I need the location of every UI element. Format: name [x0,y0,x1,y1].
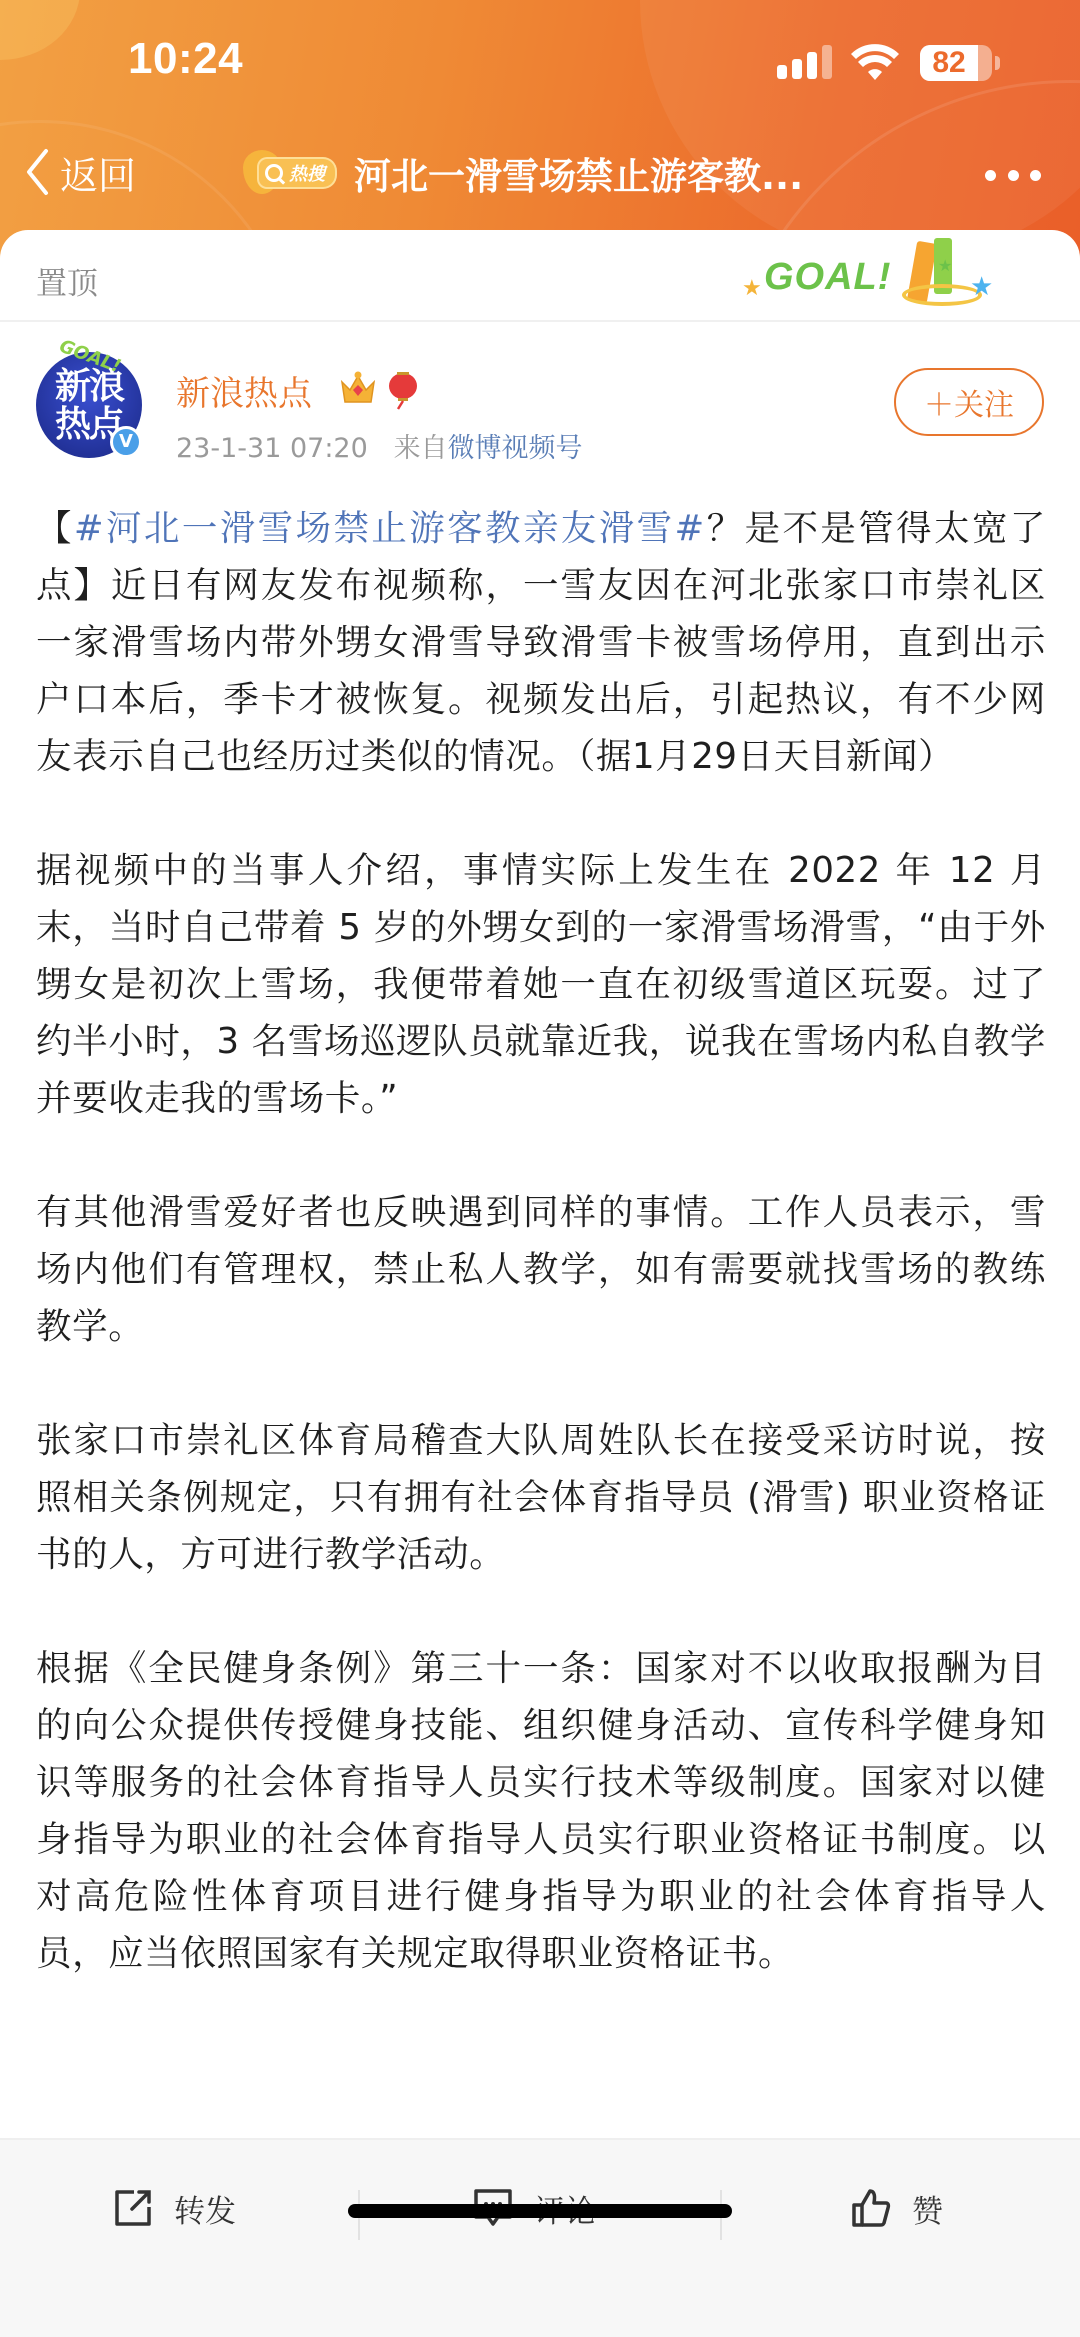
action-bar: 转发 评论 赞 [0,2138,1080,2337]
status-bar: 10:24 82 [0,0,1080,120]
verified-badge-icon: V [110,426,142,458]
thumbs-up-icon [850,2187,892,2229]
repost-button[interactable]: 转发 [112,2178,236,2238]
star-icon: ★ [970,272,993,302]
author-name[interactable]: 新浪热点 [176,366,312,415]
hot-search-label: 热搜 [289,160,325,186]
post-paragraph: 【#河北一滑雪场禁止游客教亲友滑雪#？是不是管得太宽了点】近日有网友发布视频称，… [36,500,1046,785]
crown-icon [338,370,378,406]
search-icon [265,164,283,182]
back-label: 返回 [60,145,136,200]
status-time: 10:24 [128,34,243,84]
bracket-text: 【 [36,508,74,549]
hot-search-badge[interactable]: 热搜 [243,150,337,194]
home-indicator[interactable] [348,2204,732,2218]
more-icon-dot [985,170,996,181]
battery-tip [995,56,1000,70]
post-body: 【#河北一滑雪场禁止游客教亲友滑雪#？是不是管得太宽了点】近日有网友发布视频称，… [36,500,1046,2039]
signal-icon [777,45,835,79]
star-icon: ★ [742,276,762,301]
post-card: 置顶 ★ GOAL! ★ ★ GOAL! 新浪 热点 V 新浪热点 [0,230,1080,2337]
star-icon: ★ [938,256,952,275]
lantern-icon [386,370,420,410]
pinned-row: 置顶 ★ GOAL! ★ ★ [0,230,1080,322]
goal-banner-text: GOAL! [764,256,891,299]
post-paragraph: 据视频中的当事人介绍，事情实际上发生在 2022 年 12 月末，当时自己带着 … [36,842,1046,1127]
nav-bar: 返回 热搜 河北一滑雪场禁止游客教... [0,130,1080,218]
page-title: 河北一滑雪场禁止游客教... [354,146,803,200]
chevron-left-icon [24,147,50,197]
post-source-link[interactable]: 微博视频号 [448,433,583,464]
post-paragraph: 张家口市崇礼区体育局稽查大队周姓队长在接受采访时说，按照相关条例规定，只有拥有社… [36,1412,1046,1583]
wifi-icon [850,44,900,82]
post-paragraph: 根据《全民健身条例》第三十一条：国家对不以收取报酬为目的向公众提供传授健身技能、… [36,1640,1046,1982]
battery-icon: 82 [920,45,992,81]
goal-banner-decoration: ★ GOAL! ★ ★ [742,236,1010,314]
pinned-label: 置顶 [36,258,98,303]
more-icon-dot [1030,170,1041,181]
back-button[interactable]: 返回 [24,142,136,202]
post-meta: 23-1-31 07:20 来自微博视频号 [176,426,583,465]
follow-button[interactable]: ＋关注 [894,368,1044,436]
source-prefix: 来自 [394,433,448,464]
more-icon-dot [1008,170,1019,181]
share-icon [112,2187,154,2229]
like-button[interactable]: 赞 [850,2178,943,2238]
more-button[interactable] [985,160,1041,190]
post-paragraph: 有其他滑雪爱好者也反映遇到同样的事情。工作人员表示，雪场内他们有管理权，禁止私人… [36,1184,1046,1355]
hashtag-link[interactable]: #河北一滑雪场禁止游客教亲友滑雪# [74,508,705,549]
battery-level: 82 [920,46,978,80]
post-timestamp: 23-1-31 07:20 [176,433,368,464]
repost-label: 转发 [174,2186,236,2231]
like-label: 赞 [912,2186,943,2231]
author-row: GOAL! 新浪 热点 V 新浪热点 23-1-31 07:20 来自微博视频号… [0,330,1080,460]
